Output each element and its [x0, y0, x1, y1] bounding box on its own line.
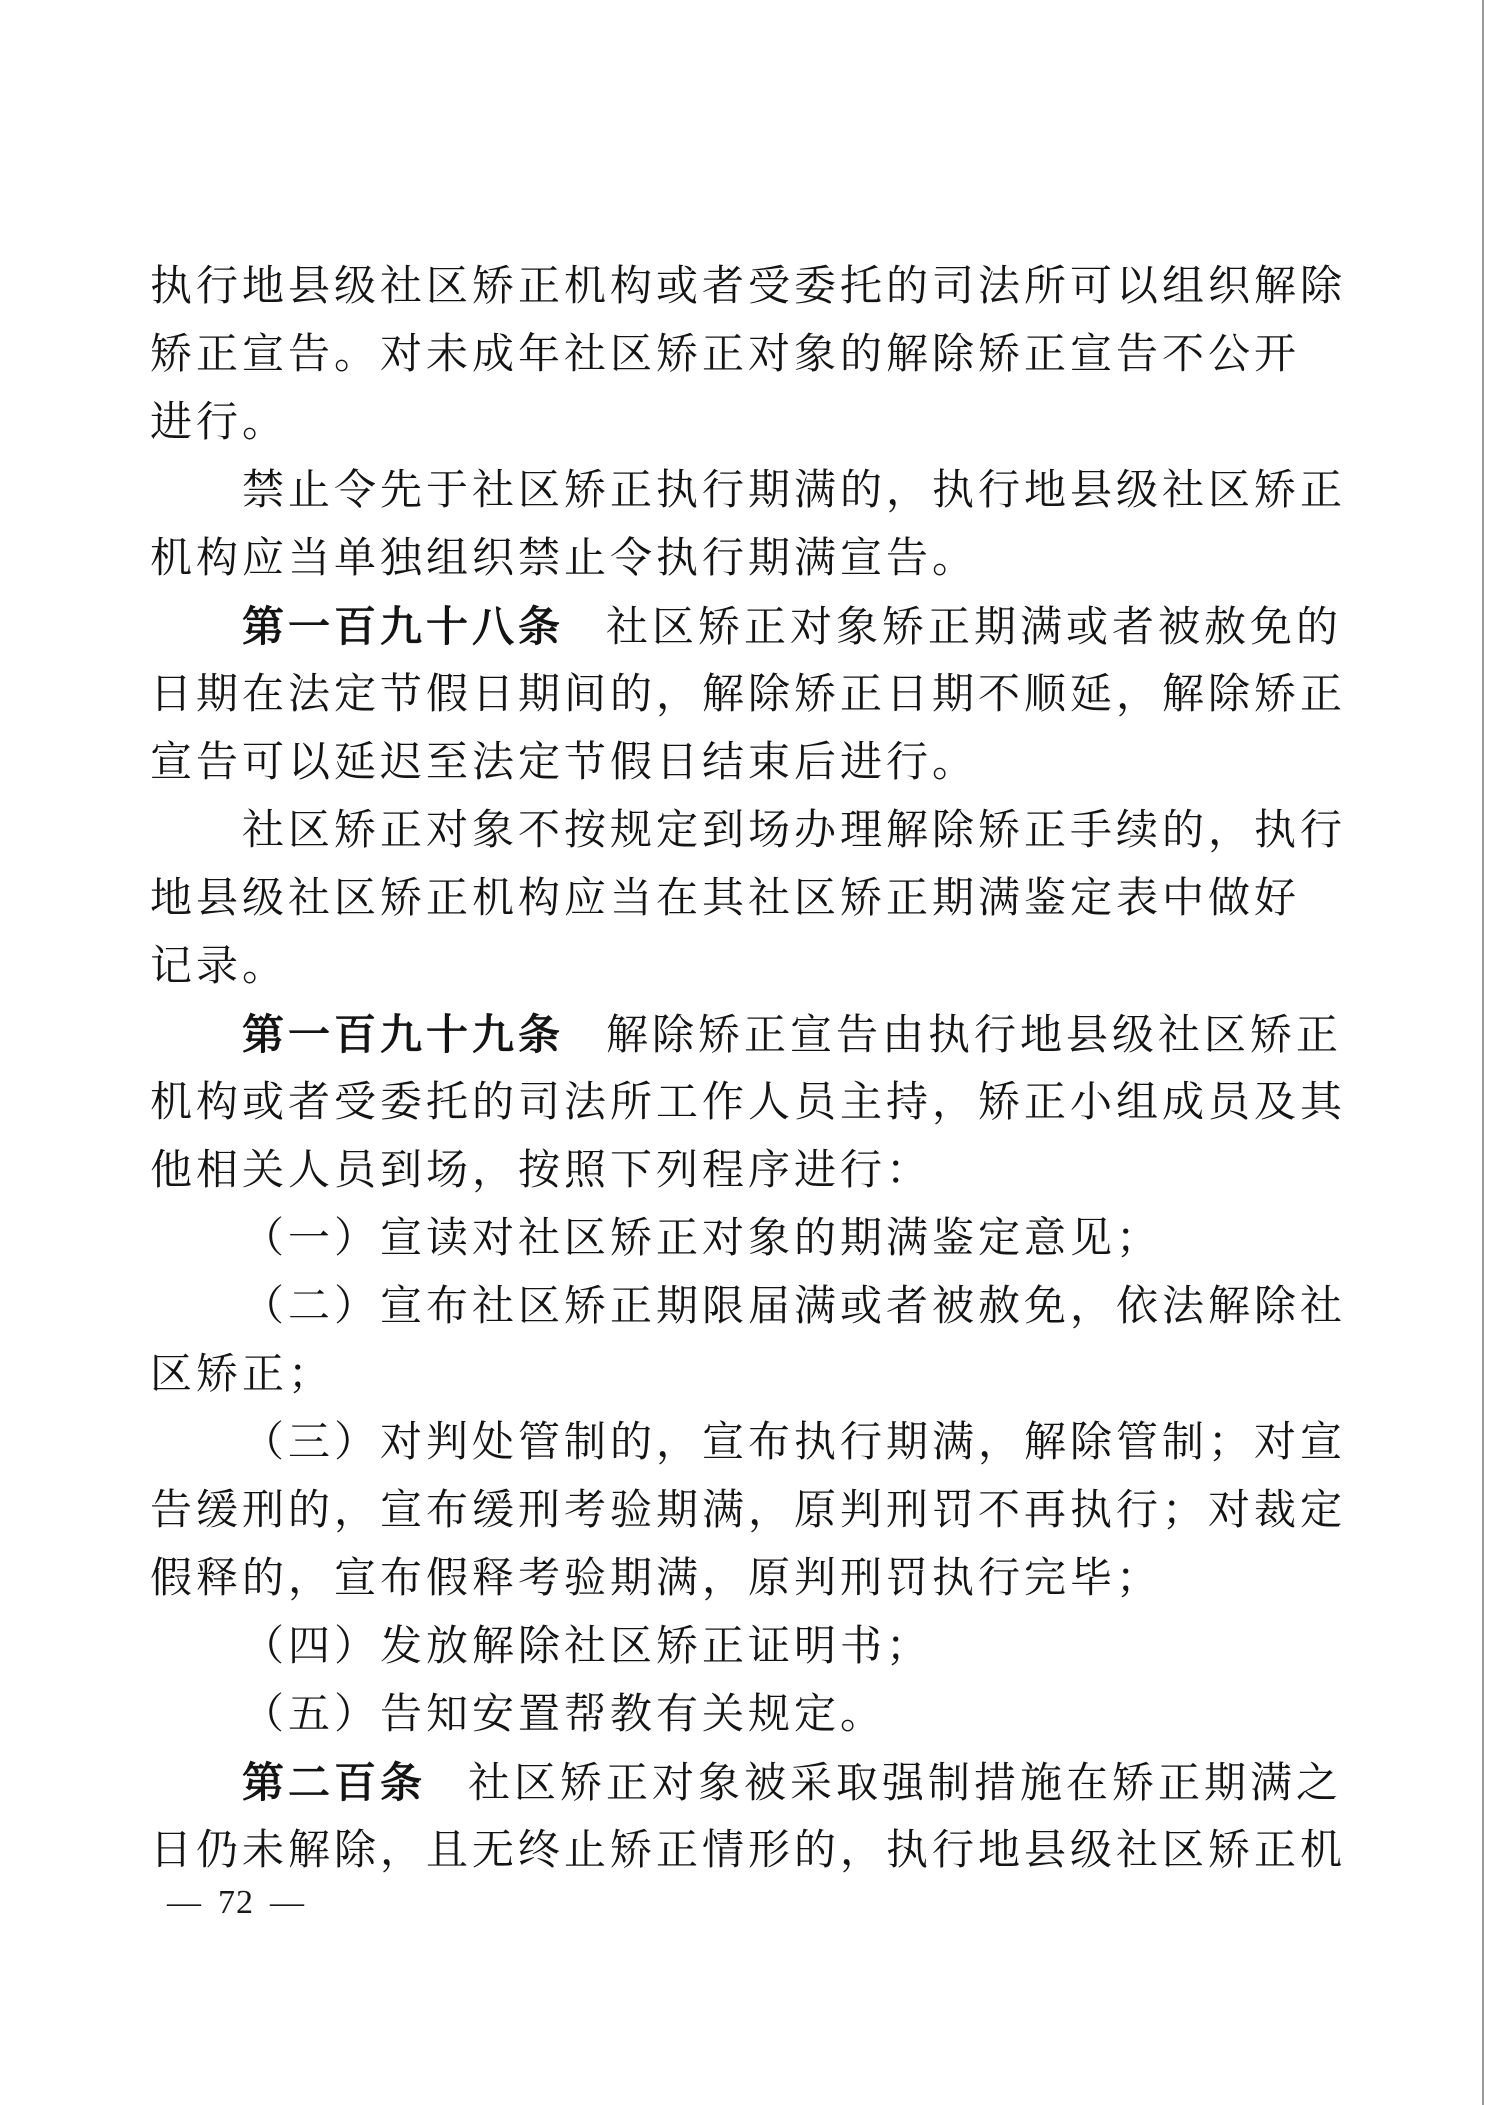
text-line: 记录。 — [150, 933, 1365, 1001]
text-line: 他相关人员到场，按照下列程序进行： — [150, 1137, 1365, 1205]
text-line: （三）对判处管制的，宣布执行期满，解除管制；对宣 — [150, 1409, 1365, 1477]
line-text: 社区矫正对象被采取强制措施在矫正期满之 — [468, 1761, 1342, 1807]
text-line: （一）宣读对社区矫正对象的期满鉴定意见； — [150, 1205, 1365, 1273]
page-number: 72 — [218, 1884, 254, 1921]
line-text: 机构或者受委托的司法所工作人员主持，矫正小组成员及其 — [150, 1080, 1346, 1126]
text-line: 假释的，宣布假释考验期满，原判刑罚执行完毕； — [150, 1545, 1365, 1613]
text-line: 矫正宣告。对未成年社区矫正对象的解除矫正宣告不公开 — [150, 321, 1365, 389]
line-text: 地县级社区矫正机构应当在其社区矫正期满鉴定表中做好 — [150, 876, 1300, 922]
line-text: 记录。 — [150, 944, 288, 990]
footer-right-dash: — — [270, 1884, 305, 1921]
text-line: 机构或者受委托的司法所工作人员主持，矫正小组成员及其 — [150, 1069, 1365, 1137]
text-line: 宣告可以延迟至法定节假日结束后进行。 — [150, 729, 1365, 797]
text-line: （四）发放解除社区矫正证明书； — [150, 1613, 1365, 1681]
text-line: 地县级社区矫正机构应当在其社区矫正期满鉴定表中做好 — [150, 865, 1365, 933]
text-line: （二）宣布社区矫正期限届满或者被赦免，依法解除社 — [150, 1273, 1365, 1341]
line-text: 禁止令先于社区矫正执行期满的，执行地县级社区矫正 — [242, 468, 1346, 514]
text-line: 日仍未解除，且无终止矫正情形的，执行地县级社区矫正机 — [150, 1817, 1365, 1885]
line-text: 解除矫正宣告由执行地县级社区矫正 — [606, 1013, 1342, 1059]
page-footer: —72— — [167, 1884, 305, 1922]
line-text: 他相关人员到场，按照下列程序进行： — [150, 1148, 932, 1194]
line-text: 日仍未解除，且无终止矫正情形的，执行地县级社区矫正机 — [150, 1828, 1346, 1874]
text-line: （五）告知安置帮教有关规定。 — [150, 1681, 1365, 1749]
line-text: （二）宣布社区矫正期限届满或者被赦免，依法解除社 — [242, 1284, 1346, 1330]
line-text: （一）宣读对社区矫正对象的期满鉴定意见； — [242, 1216, 1162, 1262]
text-line: 社区矫正对象不按规定到场办理解除矫正手续的，执行 — [150, 797, 1365, 865]
article-line: 第一百九十八条社区矫正对象矫正期满或者被赦免的 — [150, 593, 1365, 661]
article-line: 第一百九十九条解除矫正宣告由执行地县级社区矫正 — [150, 1001, 1365, 1069]
line-text: 宣告可以延迟至法定节假日结束后进行。 — [150, 740, 978, 786]
line-text: 区矫正； — [150, 1352, 334, 1398]
line-text: （四）发放解除社区矫正证明书； — [242, 1624, 932, 1670]
article-number: 第一百九十九条 — [242, 1011, 564, 1058]
text-line: 告缓刑的，宣布缓刑考验期满，原判刑罚不再执行；对裁定 — [150, 1477, 1365, 1545]
text-line: 执行地县级社区矫正机构或者受委托的司法所可以组织解除 — [150, 253, 1365, 321]
article-line: 第二百条社区矫正对象被采取强制措施在矫正期满之 — [150, 1749, 1365, 1817]
line-text: 假释的，宣布假释考验期满，原判刑罚执行完毕； — [150, 1556, 1162, 1602]
scan-edge-line — [1482, 0, 1484, 2105]
text-line: 禁止令先于社区矫正执行期满的，执行地县级社区矫正 — [150, 457, 1365, 525]
line-text: 社区矫正对象不按规定到场办理解除矫正手续的，执行 — [242, 808, 1346, 854]
line-text: 矫正宣告。对未成年社区矫正对象的解除矫正宣告不公开 — [150, 332, 1300, 378]
document-body: 执行地县级社区矫正机构或者受委托的司法所可以组织解除矫正宣告。对未成年社区矫正对… — [150, 253, 1365, 1885]
line-text: 社区矫正对象矫正期满或者被赦免的 — [606, 605, 1342, 651]
footer-left-dash: — — [167, 1884, 202, 1921]
line-text: 机构应当单独组织禁止令执行期满宣告。 — [150, 536, 978, 582]
text-line: 进行。 — [150, 389, 1365, 457]
line-text: 告缓刑的，宣布缓刑考验期满，原判刑罚不再执行；对裁定 — [150, 1488, 1346, 1534]
line-text: 日期在法定节假日期间的，解除矫正日期不顺延，解除矫正 — [150, 672, 1346, 718]
line-text: 执行地县级社区矫正机构或者受委托的司法所可以组织解除 — [150, 264, 1346, 310]
text-line: 区矫正； — [150, 1341, 1365, 1409]
article-number: 第一百九十八条 — [242, 603, 564, 650]
text-line: 机构应当单独组织禁止令执行期满宣告。 — [150, 525, 1365, 593]
line-text: （五）告知安置帮教有关规定。 — [242, 1692, 886, 1738]
text-line: 日期在法定节假日期间的，解除矫正日期不顺延，解除矫正 — [150, 661, 1365, 729]
line-text: （三）对判处管制的，宣布执行期满，解除管制；对宣 — [242, 1420, 1346, 1466]
line-text: 进行。 — [150, 400, 288, 446]
article-number: 第二百条 — [242, 1759, 426, 1806]
document-page: 执行地县级社区矫正机构或者受委托的司法所可以组织解除矫正宣告。对未成年社区矫正对… — [0, 0, 1488, 2105]
